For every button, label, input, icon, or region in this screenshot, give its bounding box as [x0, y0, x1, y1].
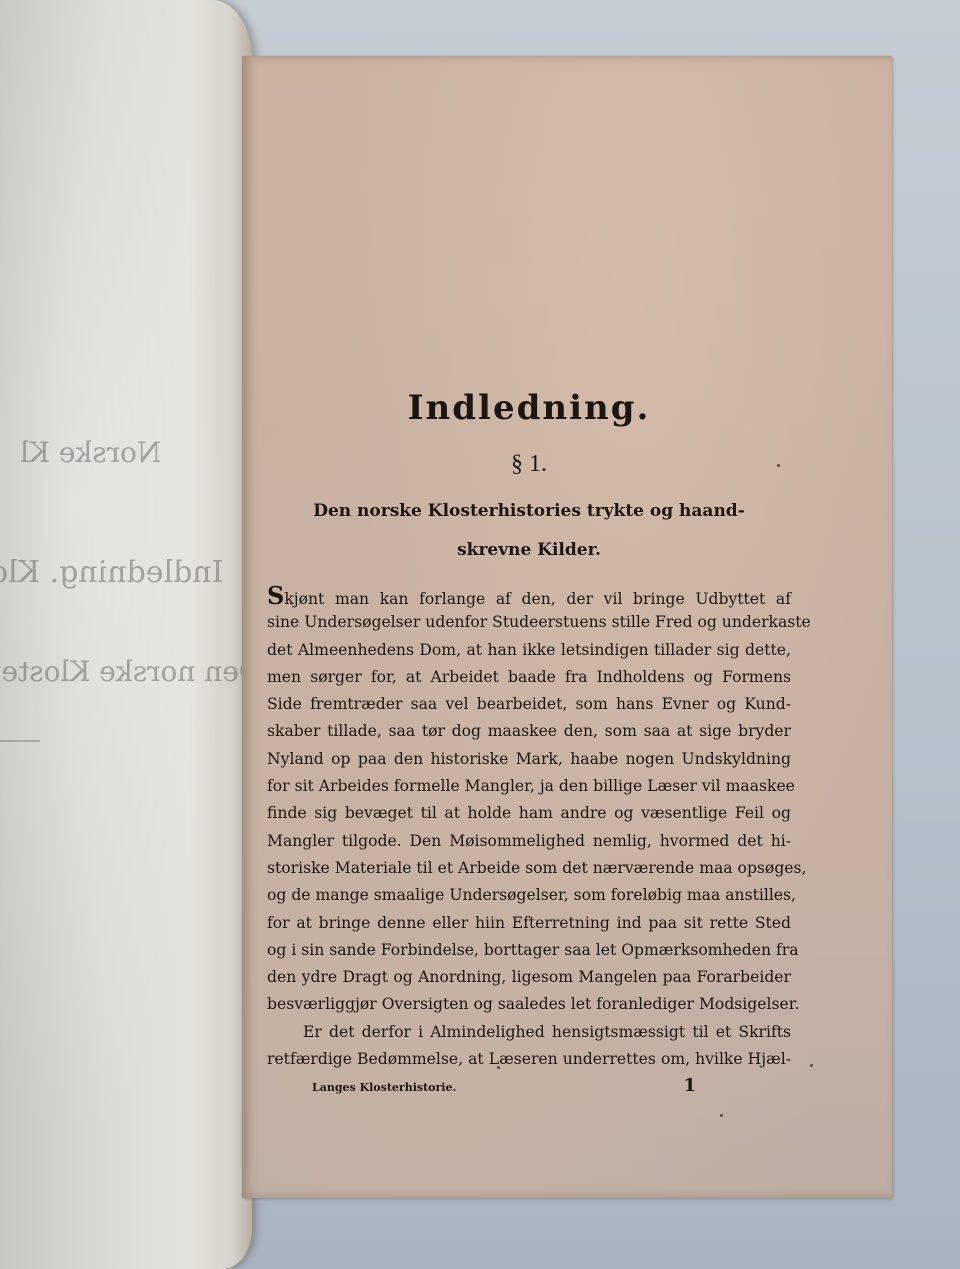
text-line: det Almeenhedens Dom, at han ikke letsin… — [267, 637, 791, 664]
bleed-through-text: Norske Kl — [20, 436, 161, 469]
text-line: Side fremtræder saa vel bearbeidet, som … — [267, 691, 791, 718]
page-footer: Langes Klosterhistorie. 1 — [267, 1075, 791, 1096]
left-facing-page: Norske Kl Indledning. Klo Den norske Klo… — [0, 0, 252, 1269]
text-line: skaber tillade, saa tør dog maaskee den,… — [267, 718, 791, 745]
text-line: og de mange smaalige Undersøgelser, som … — [267, 882, 791, 909]
text-line: og i sin sande Forbindelse, borttager sa… — [267, 937, 791, 964]
text-line: den ydre Dragt og Anordning, ligesom Man… — [267, 964, 791, 991]
paper-speck — [810, 1064, 813, 1067]
section-number: § 1. — [267, 448, 791, 480]
text-line: for sit Arbeides formelle Mangler, ja de… — [267, 773, 791, 800]
initial-letter: S — [267, 581, 284, 610]
text-line: besværliggjør Oversigten og saaledes let… — [267, 991, 791, 1018]
section-subtitle: Den norske Klosterhistories trykte og ha… — [267, 492, 791, 570]
body-text: Skjønt man kan forlange af den, der vil … — [267, 582, 791, 1073]
text-line: retfærdige Bedømmelse, at Læseren underr… — [267, 1046, 791, 1073]
text-line: for at bringe denne eller hiin Efterretn… — [267, 910, 791, 937]
book-page: Indledning. § 1. Den norske Klosterhisto… — [242, 56, 892, 1198]
text-line: Skjønt man kan forlange af den, der vil … — [267, 582, 791, 609]
text-line: storiske Materiale til et Arbeide som de… — [267, 855, 791, 882]
text-line: sine Undersøgelser udenfor Studeerstuens… — [267, 609, 791, 636]
bleed-through-text: Indledning. Klo — [0, 555, 224, 590]
bleed-through-text: Den norske Klosterh — [0, 655, 261, 688]
subtitle-line: Den norske Klosterhistories trykte og ha… — [267, 492, 791, 531]
chapter-title: Indledning. — [267, 384, 791, 432]
text-line: Nyland op paa den historiske Mark, haabe… — [267, 746, 791, 773]
text-line: finde sig bevæget til at holde ham andre… — [267, 800, 791, 827]
text-line: men sørger for, at Arbeidet baade fra In… — [267, 664, 791, 691]
text-line: Mangler tilgode. Den Møisommelighed neml… — [267, 828, 791, 855]
sheet-number: 1 — [683, 1075, 791, 1096]
text-line-paragraph-start: Er det derfor i Almindelighed hensigtsmæ… — [267, 1019, 791, 1046]
page-content: Indledning. § 1. Den norske Klosterhisto… — [267, 384, 791, 1096]
subtitle-line: skrevne Kilder. — [267, 531, 791, 570]
signature-mark: Langes Klosterhistorie. — [267, 1081, 456, 1094]
bleed-through-rule — [0, 740, 40, 742]
paper-speck — [720, 1114, 723, 1117]
